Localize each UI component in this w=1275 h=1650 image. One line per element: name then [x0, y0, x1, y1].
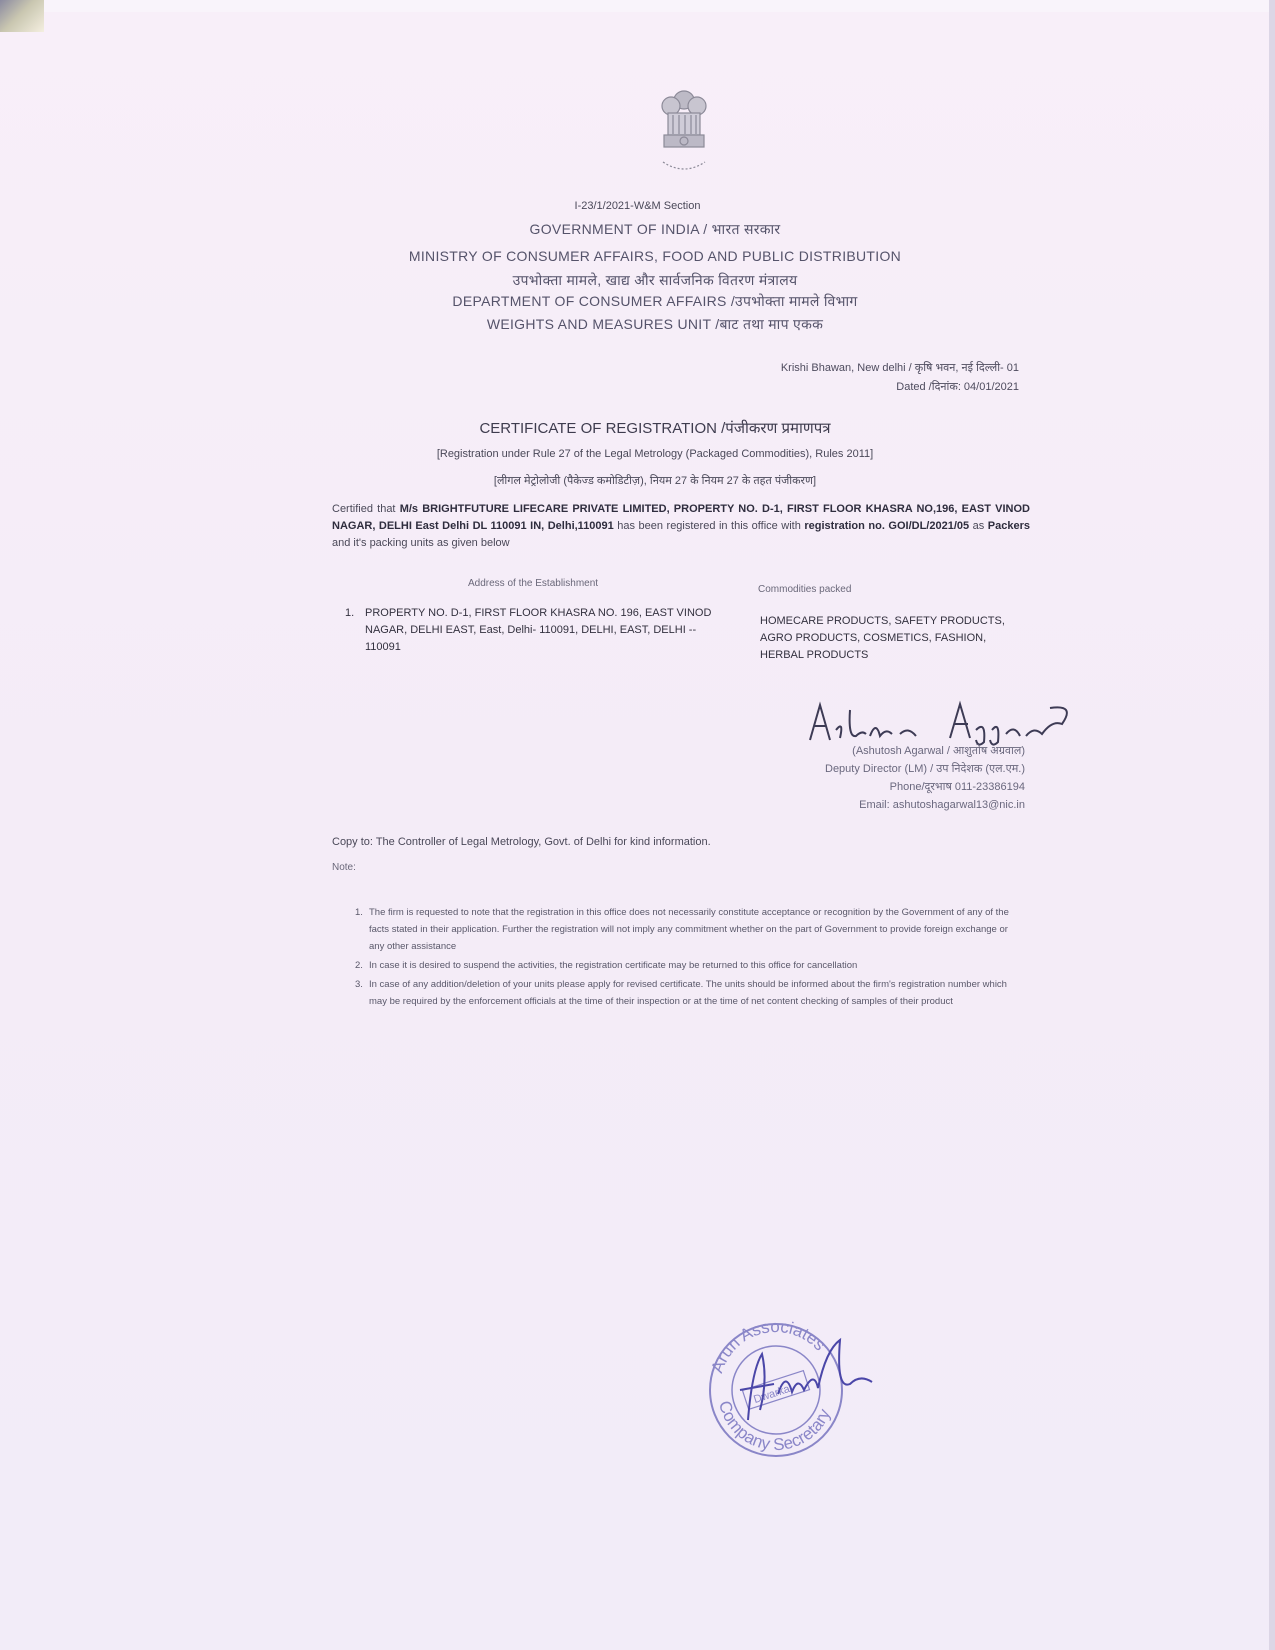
registration-label: registration no.	[804, 520, 885, 532]
company-secretary-stamp: Arun Associates Company Secretary Dwarka	[700, 1310, 940, 1460]
national-emblem-icon	[655, 86, 713, 176]
registration-role: Packers	[988, 520, 1030, 532]
unit-number: 1.	[345, 605, 354, 622]
header-ministry-hindi: उपभोक्ता मामले, खाद्य और सार्वजनिक वितरण…	[0, 271, 1275, 290]
signatory-email: Email: ashutoshagarwal13@nic.in	[825, 796, 1025, 814]
copy-to: Copy to: The Controller of Legal Metrolo…	[332, 836, 711, 848]
cert-prefix: Certified that	[332, 503, 396, 515]
cert-suffix: and it's packing units as given below	[332, 537, 510, 549]
note-item: 2.In case it is desired to suspend the a…	[355, 957, 1025, 974]
notes-list: 1.The firm is requested to note that the…	[355, 904, 1025, 1012]
registration-number: GOI/DL/2021/05	[888, 520, 969, 532]
unit-address-text: PROPERTY NO. D-1, FIRST FLOOR KHASRA NO.…	[365, 605, 725, 656]
cert-middle: has been registered in this office with	[617, 520, 801, 532]
certificate-subtitle-hindi: [लीगल मेट्रोलोजी (पैकेज्ड कमोडिटीज़), नि…	[0, 473, 1275, 488]
unit-commodities: HOMECARE PRODUCTS, SAFETY PRODUCTS, AGRO…	[760, 613, 1030, 664]
address-column-header: Address of the Establishment	[468, 578, 598, 589]
commodities-column-header: Commodities packed	[758, 584, 851, 595]
signatory-block: (Ashutosh Agarwal / आशुतोष अग्रवाल) Depu…	[825, 742, 1025, 814]
note-label: Note:	[332, 862, 356, 873]
header-ministry: MINISTRY OF CONSUMER AFFAIRS, FOOD AND P…	[0, 248, 1275, 264]
header-unit: WEIGHTS AND MEASURES UNIT /बाट तथा माप ए…	[0, 315, 1275, 334]
signatory-name: (Ashutosh Agarwal / आशुतोष अग्रवाल)	[825, 742, 1025, 760]
issue-place: Krishi Bhawan, New delhi / कृषि भवन, नई …	[781, 360, 1019, 375]
scan-corner-artifact	[0, 0, 44, 32]
officer-signature	[800, 690, 1080, 750]
cert-as: as	[973, 520, 985, 532]
header-department: DEPARTMENT OF CONSUMER AFFAIRS /उपभोक्ता…	[0, 292, 1275, 311]
scan-edge-top	[40, 0, 1270, 12]
signatory-phone: Phone/दूरभाष 011-23386194	[825, 778, 1025, 796]
issue-date: Dated /दिनांक: 04/01/2021	[896, 379, 1019, 394]
note-item: 1.The firm is requested to note that the…	[355, 904, 1025, 955]
unit-address: 1. PROPERTY NO. D-1, FIRST FLOOR KHASRA …	[345, 605, 725, 656]
note-item: 3.In case of any addition/deletion of yo…	[355, 976, 1025, 1010]
document-page: I-23/1/2021-W&M Section GOVERNMENT OF IN…	[0, 0, 1275, 1650]
certificate-subtitle: [Registration under Rule 27 of the Legal…	[0, 448, 1275, 460]
header-government: GOVERNMENT OF INDIA / भारत सरकार	[0, 220, 1275, 239]
signatory-designation: Deputy Director (LM) / उप निदेशक (एल.एम.…	[825, 760, 1025, 778]
reference-number: I-23/1/2021-W&M Section	[0, 200, 1275, 212]
certificate-title: CERTIFICATE OF REGISTRATION /पंजीकरण प्र…	[0, 418, 1275, 438]
certification-paragraph: Certified that M/s BRIGHTFUTURE LIFECARE…	[332, 501, 1030, 552]
